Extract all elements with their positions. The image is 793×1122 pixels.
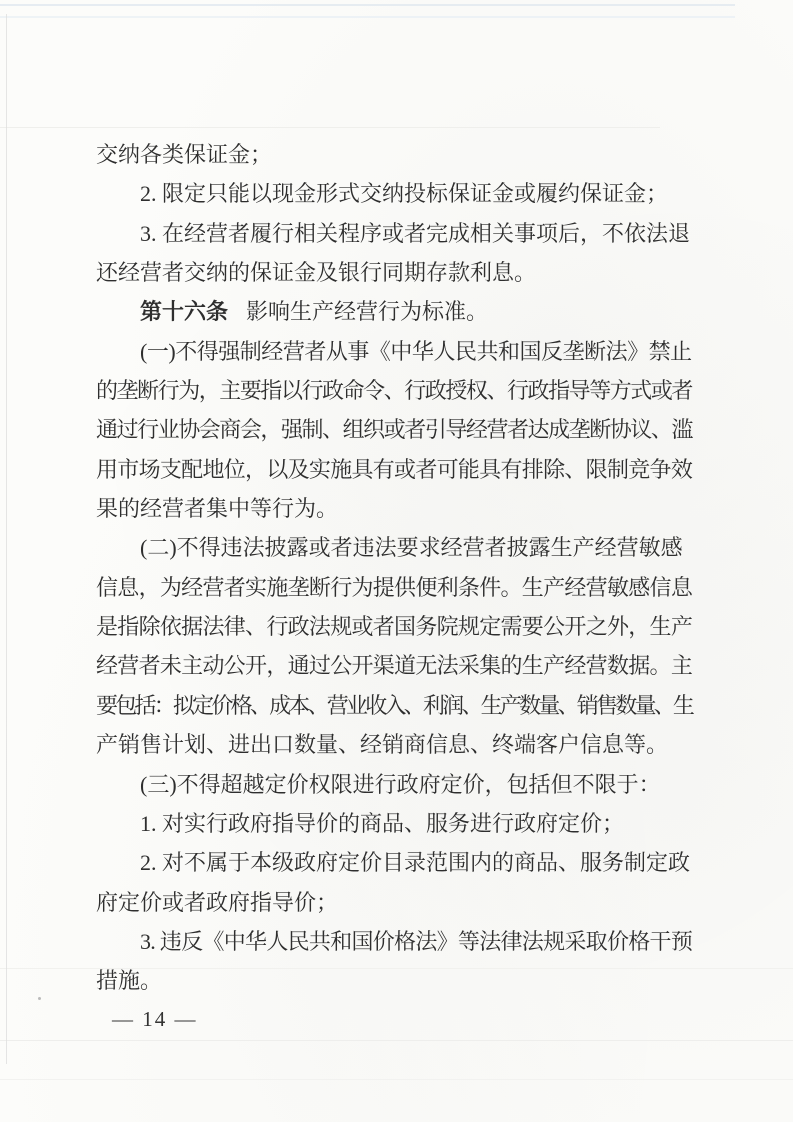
scan-artifact-speck [38,997,41,1000]
text-line: 的垄断行为，主要指以行政命令、行政授权、行政指导等方式或者 [96,371,692,410]
text-line-numbered-item: 3. 违反《中华人民共和国价格法》等法律法规采取价格干预 [96,922,692,961]
text-line: 要包括：拟定价格、成本、营业收入、利润、生产数量、销售数量、生 [96,686,692,725]
text-line-item-3: (三)不得超越定价权限进行政府定价，包括但不限于： [96,765,692,804]
text-line: 是指除依据法律、行政法规或者国务院规定需要公开之外，生产 [96,607,692,646]
text-line: 果的经营者集中等行为。 [96,489,692,528]
scan-artifact-line [0,4,735,6]
text-line: 措施。 [96,961,692,1000]
article-number: 第十六条 [140,299,228,324]
text-line: 信息，为经营者实施垄断行为提供便利条件。生产经营敏感信息 [96,568,692,607]
scan-artifact-line [0,16,735,18]
article-heading-line: 第十六条影响生产经营行为标准。 [96,292,692,331]
text-line-item-1: (一)不得强制经营者从事《中华人民共和国反垄断法》禁止 [96,332,692,371]
text-line: 产销售计划、进出口数量、经销商信息、终端客户信息等。 [96,725,692,764]
text-line-numbered-item: 2. 限定只能以现金形式交纳投标保证金或履约保证金； [96,174,692,213]
scan-artifact-line [0,1040,793,1041]
text-line: 还经营者交纳的保证金及银行同期存款利息。 [96,253,692,292]
text-line: 用市场支配地位，以及实施具有或者可能具有排除、限制竞争效 [96,450,692,489]
document-body: 交纳各类保证金； 2. 限定只能以现金形式交纳投标保证金或履约保证金； 3. 在… [96,135,692,1001]
article-title: 影响生产经营行为标准。 [246,299,488,324]
text-line: 交纳各类保证金； [96,135,692,174]
text-line-item-2: (二)不得违法披露或者违法要求经营者披露生产经营敏感 [96,528,692,567]
text-line: 通过行业协会商会，强制、组织或者引导经营者达成垄断协议、滥 [96,410,692,449]
text-line-numbered-item: 2. 对不属于本级政府定价目录范围内的商品、服务制定政 [96,843,692,882]
scan-artifact-line [0,1079,793,1080]
text-line-numbered-item: 3. 在经营者履行相关程序或者完成相关事项后，不依法退 [96,214,692,253]
text-line-numbered-item: 1. 对实行政府指导价的商品、服务进行政府定价； [96,804,692,843]
text-line: 经营者未主动公开，通过公开渠道无法采集的生产经营数据。主 [96,646,692,685]
scan-artifact-line [0,127,660,128]
scanned-page: 交纳各类保证金； 2. 限定只能以现金形式交纳投标保证金或履约保证金； 3. 在… [0,0,793,1122]
scan-artifact-vertical-line [6,14,7,1064]
page-number: — 14 — [112,1005,198,1033]
text-line: 府定价或者政府指导价； [96,883,692,922]
